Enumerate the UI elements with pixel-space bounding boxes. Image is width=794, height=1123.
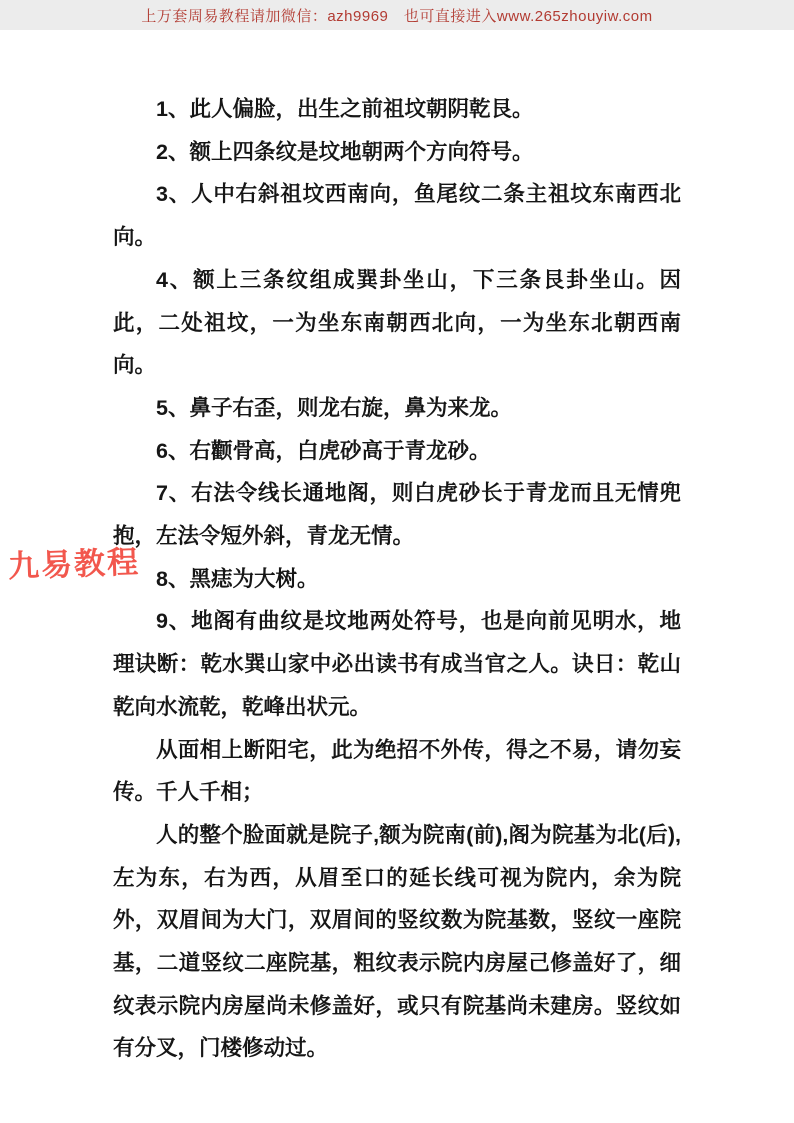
promo-banner-text: 上万套周易教程请加微信：azh9969 也可直接进入www.265zhouyiw… [141, 5, 652, 26]
numbered-item-7: 7、右法令线长通地阁，则白虎砂长于青龙而且无情兜抱，左法令短外斜，青龙无情。 [113, 472, 681, 557]
paragraph-face-courtyard: 人的整个脸面就是院子,额为院南(前),阁为院基为北(后),左为东，右为西，从眉至… [113, 814, 681, 1070]
numbered-item-8: 8、黑痣为大树。 [113, 558, 681, 601]
numbered-item-4: 4、额上三条纹组成巽卦坐山，下三条艮卦坐山。因此，二处祖坟，一为坐东南朝西北向，… [113, 259, 681, 387]
numbered-item-6: 6、右颧骨高，白虎砂高于青龙砂。 [113, 430, 681, 473]
numbered-item-1: 1、此人偏脸，出生之前祖坟朝阴乾艮。 [113, 88, 681, 131]
numbered-item-3: 3、人中右斜祖坟西南向，鱼尾纹二条主祖坟东南西北向。 [113, 173, 681, 258]
numbered-item-5: 5、鼻子右歪，则龙右旋，鼻为来龙。 [113, 387, 681, 430]
numbered-item-9: 9、地阁有曲纹是坟地两处符号，也是向前见明水，地理诀断：乾水巽山家中必出读书有成… [113, 600, 681, 728]
promo-banner: 上万套周易教程请加微信：azh9969 也可直接进入www.265zhouyiw… [0, 0, 794, 30]
document-body: 1、此人偏脸，出生之前祖坟朝阴乾艮。 2、额上四条纹是坟地朝两个方向符号。 3、… [113, 88, 681, 1070]
paragraph-yangzhai: 从面相上断阳宅，此为绝招不外传，得之不易，请勿妄传。千人千相； [113, 729, 681, 814]
numbered-item-2: 2、额上四条纹是坟地朝两个方向符号。 [113, 131, 681, 174]
